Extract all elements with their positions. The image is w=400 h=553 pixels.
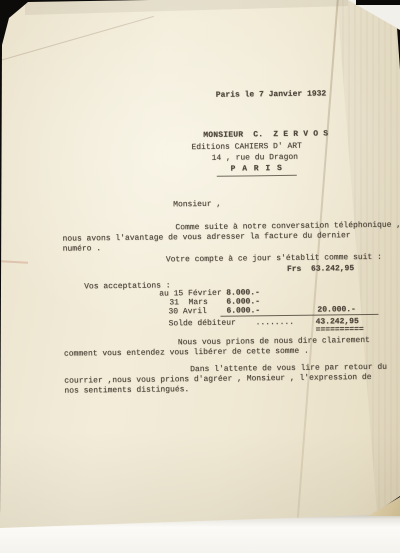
dateline: Paris le 7 Janvier 1932 xyxy=(216,89,327,100)
recipient-street: 14 , rue du Dragon xyxy=(212,153,299,164)
acceptances-heading: Vos acceptations : xyxy=(84,281,171,292)
solde-dots: ........ xyxy=(256,318,295,328)
solde-double-rule: ========== xyxy=(316,325,364,336)
paragraph1-line3: numéro . xyxy=(63,244,102,254)
solde-label: Solde débiteur xyxy=(169,319,236,330)
acceptance-row-date: 30 Avril xyxy=(168,307,207,317)
recipient-city: P A R I S xyxy=(217,164,297,177)
recipient-name: MONSIEUR C. Z E R V O S xyxy=(203,129,328,141)
paragraph3-line3: nos sentiments distingués. xyxy=(64,385,189,397)
typewritten-text: Paris le 7 Janvier 1932 MONSIEUR C. Z E … xyxy=(0,0,400,553)
salutation: Monsieur , xyxy=(173,200,221,211)
paragraph2-line2: comment vous entendez vous libérer de ce… xyxy=(64,347,309,360)
scanned-letter: Paris le 7 Janvier 1932 MONSIEUR C. Z E … xyxy=(0,0,400,553)
paragraph1-line2: nous avons l'avantage de vous adresser l… xyxy=(62,231,350,245)
paragraph3-line2: courrier ,nous vous prions d'agréer , Mo… xyxy=(64,373,371,387)
recipient-org: Editions CAHIERS D' ART xyxy=(191,142,302,153)
balance-amount: Frs 63.242,95 xyxy=(287,264,354,275)
